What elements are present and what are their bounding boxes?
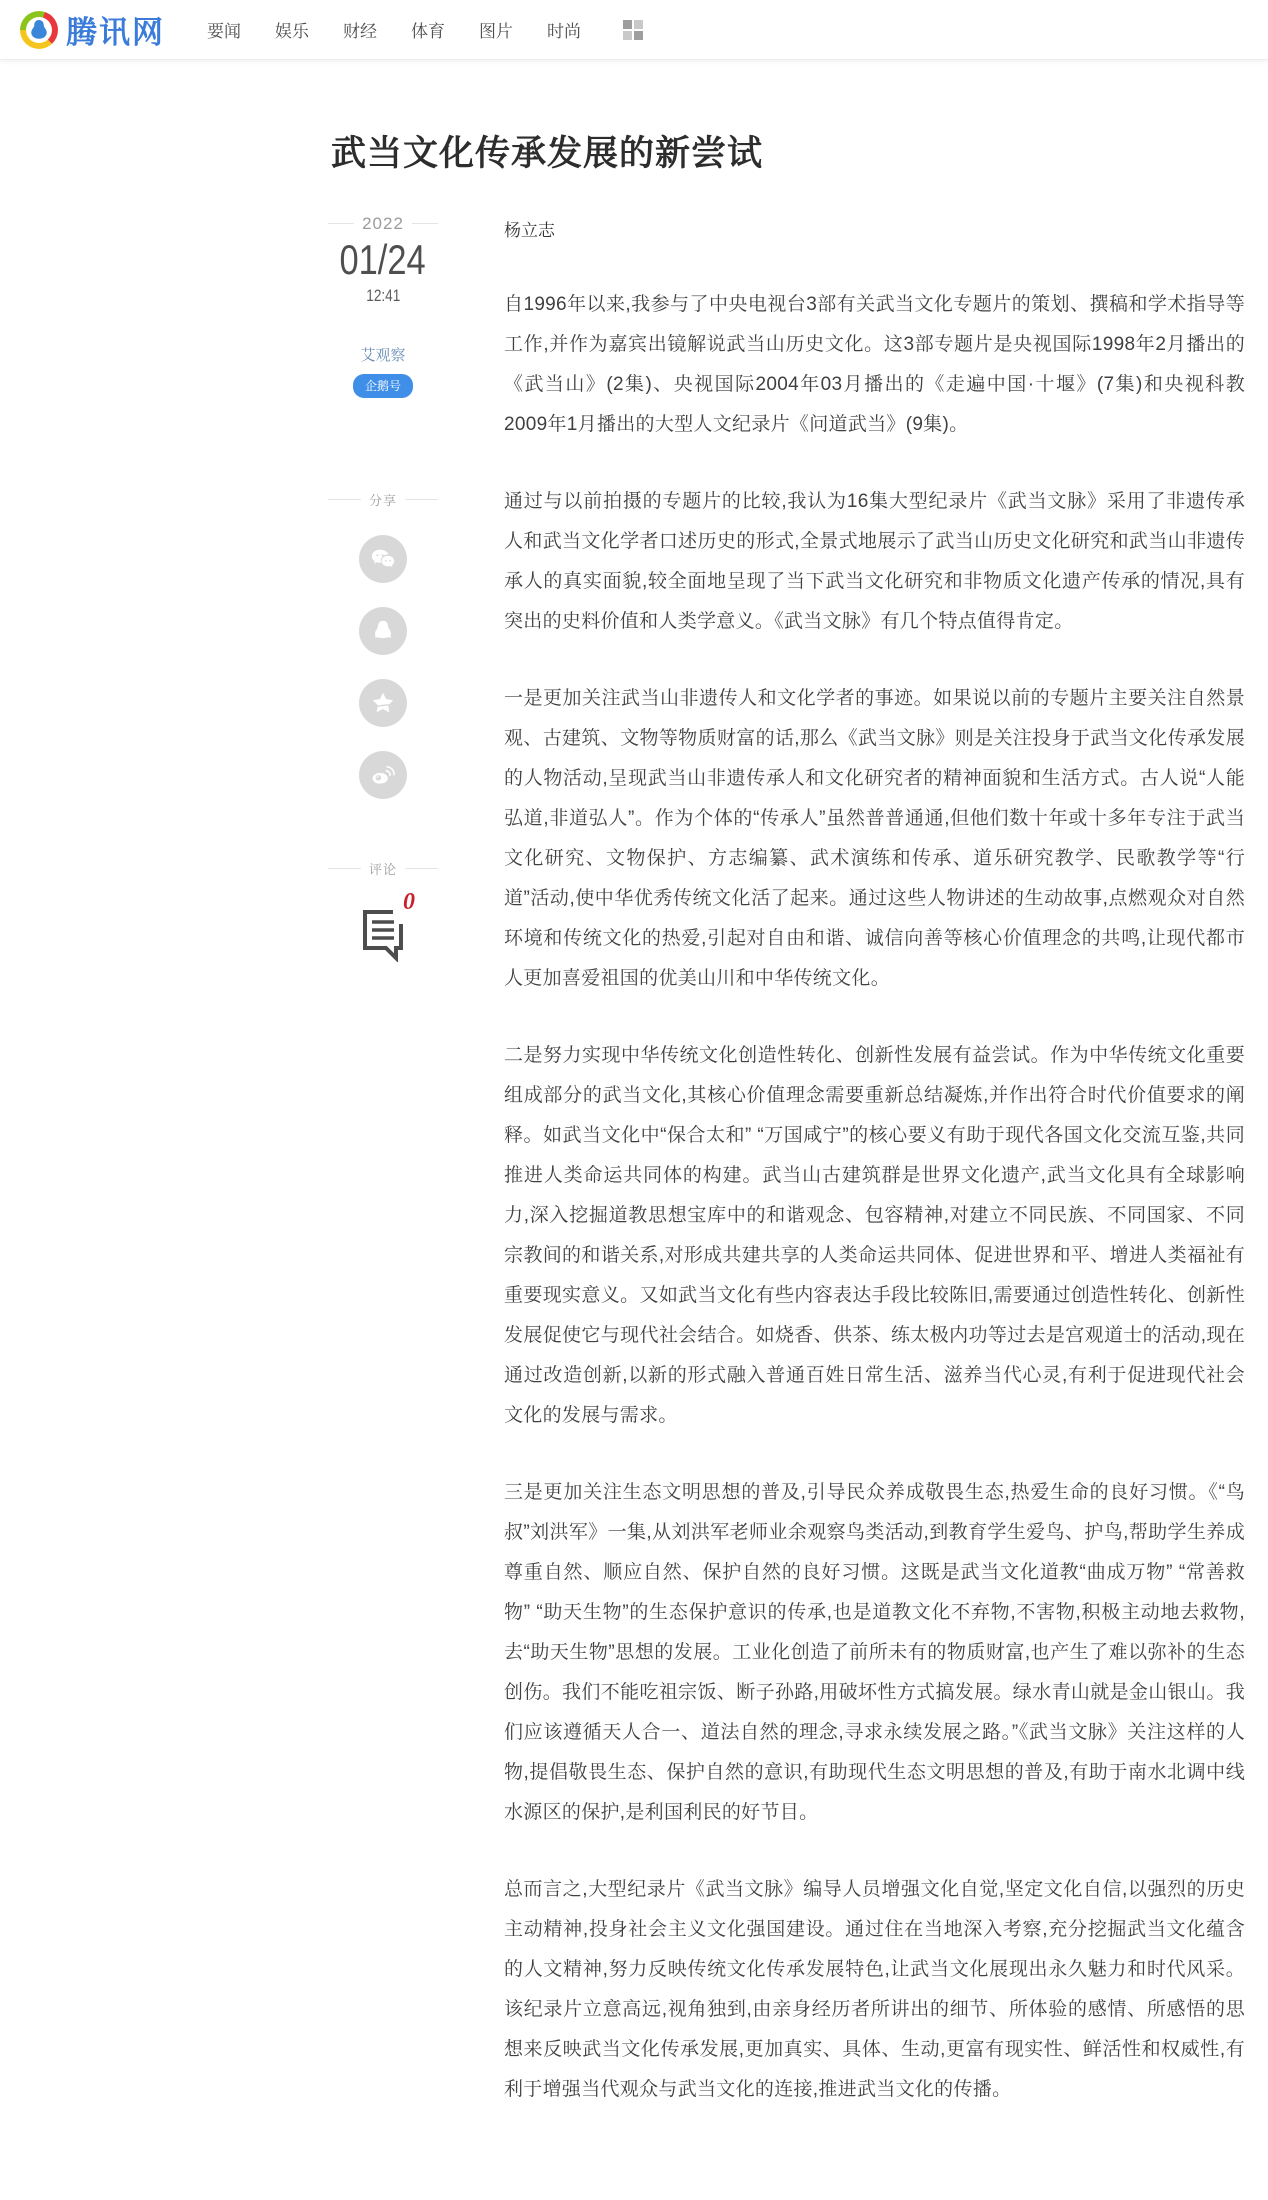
share-label: 分享 xyxy=(328,490,438,509)
paragraph: 总而言之,大型纪录片《武当文脉》编导人员增强文化自觉,坚定文化自信,以强烈的历史… xyxy=(504,1870,1245,2110)
publish-year: 2022 xyxy=(328,214,438,234)
paragraph: 通过与以前拍摄的专题片的比较,我认为16集大型纪录片《武当文脉》采用了非遗传承人… xyxy=(504,482,1245,642)
nav-item-entertainment[interactable]: 娱乐 xyxy=(271,11,313,48)
article-meta-column: 2022 01/24 12:41 艾观察 企鹅号 分享 xyxy=(328,214,438,2110)
qzone-star-icon xyxy=(369,689,397,717)
source-account-link[interactable]: 艾观察 xyxy=(360,344,405,365)
share-weibo-button[interactable] xyxy=(359,751,407,799)
paragraph: 自1996年以来,我参与了中央电视台3部有关武当文化专题片的策划、撰稿和学术指导… xyxy=(504,285,1245,445)
site-header: 腾讯网 要闻 娱乐 财经 体育 图片 时尚 xyxy=(0,0,1268,60)
share-wechat-button[interactable] xyxy=(359,535,407,583)
nav-item-fashion[interactable]: 时尚 xyxy=(543,11,585,48)
more-channels-grid-icon[interactable] xyxy=(623,20,643,40)
paragraph: 二是努力实现中华传统文化创造性转化、创新性发展有益尝试。作为中华传统文化重要组成… xyxy=(504,1036,1245,1436)
nav-item-sports[interactable]: 体育 xyxy=(407,11,449,48)
share-qzone-button[interactable] xyxy=(359,679,407,727)
source-block: 艾观察 企鹅号 xyxy=(328,344,438,398)
tencent-logo[interactable]: 腾讯网 xyxy=(20,7,165,52)
article-title: 武当文化传承发展的新尝试 xyxy=(331,132,1245,176)
tencent-penguin-icon xyxy=(20,11,58,49)
qq-icon xyxy=(369,617,397,645)
paragraph: 三是更加关注生态文明思想的普及,引导民众养成敬畏生态,热爱生命的良好习惯。《“鸟… xyxy=(504,1473,1245,1833)
paragraph: 一是更加关注武当山非遗传人和文化学者的事迹。如果说以前的专题片主要关注自然景观、… xyxy=(504,679,1245,999)
comment-label: 评论 xyxy=(328,859,438,878)
nav-item-finance[interactable]: 财经 xyxy=(339,11,381,48)
share-qq-button[interactable] xyxy=(359,607,407,655)
publish-time: 12:41 xyxy=(366,286,400,306)
share-block: 分享 xyxy=(328,490,438,823)
wechat-icon xyxy=(369,545,397,573)
nav-item-pictures[interactable]: 图片 xyxy=(475,11,517,48)
article-content: 杨立志 自1996年以来,我参与了中央电视台3部有关武当文化专题片的策划、撰稿和… xyxy=(504,214,1245,2110)
comment-count: 0 xyxy=(401,890,417,914)
main-nav: 要闻 娱乐 财经 体育 图片 时尚 xyxy=(203,11,643,48)
article-page: 武当文化传承发展的新尝试 2022 01/24 12:41 艾观察 企鹅号 分享 xyxy=(0,132,1268,2200)
author-name: 杨立志 xyxy=(504,216,1245,241)
weibo-icon xyxy=(369,761,397,789)
logo-text: 腾讯网 xyxy=(66,7,165,52)
penguin-account-badge: 企鹅号 xyxy=(353,374,413,398)
nav-item-news[interactable]: 要闻 xyxy=(203,11,245,48)
comment-block: 评论 0 xyxy=(328,859,438,962)
comment-button[interactable]: 0 xyxy=(353,900,413,962)
publish-monthday: 01/24 xyxy=(340,236,426,284)
publish-date: 2022 01/24 12:41 xyxy=(328,214,438,306)
